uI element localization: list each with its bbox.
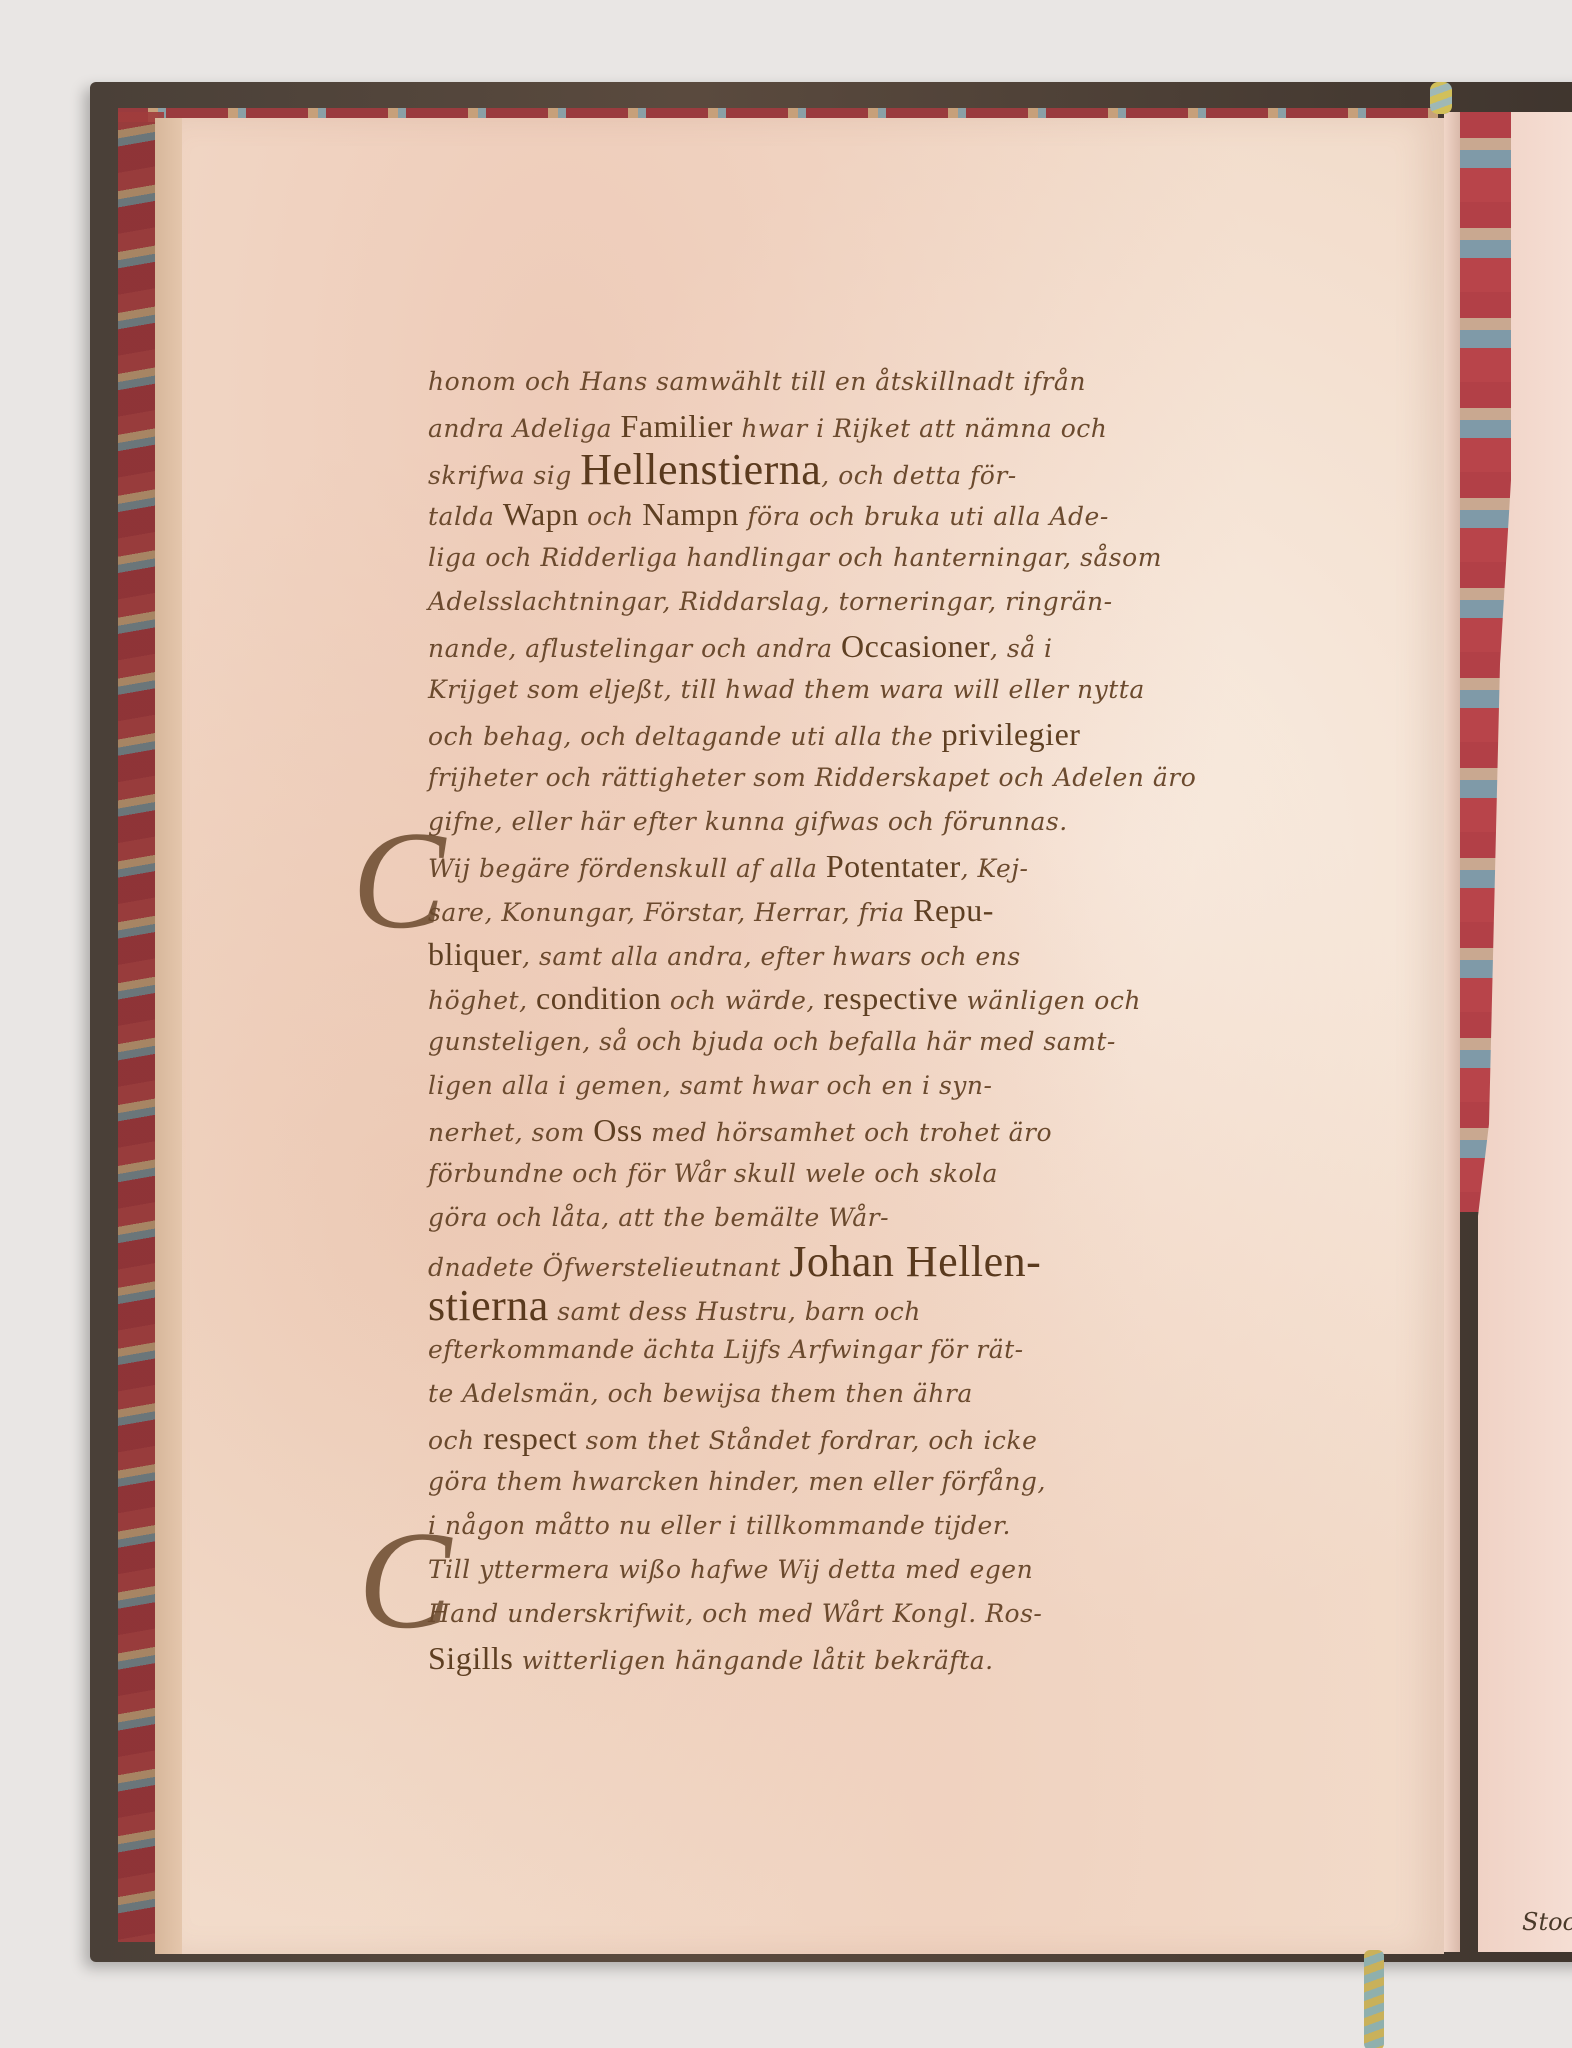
line-text: Krijget som eljeßt, till hwad them wara …: [428, 675, 1145, 704]
highlighted-word: Nampn: [642, 496, 739, 532]
manuscript-line: talda Wapn och Nampn föra och bruka uti …: [428, 492, 1328, 536]
line-text: gifne, eller här efter kunna gifwas och …: [428, 807, 1068, 836]
highlighted-word: respective: [823, 980, 958, 1016]
line-text: med hörsamhet och trohet äro: [643, 1118, 1052, 1147]
line-text: talda: [428, 502, 503, 531]
manuscript-line: gunsteligen, så och bjuda och befalla hä…: [428, 1020, 1328, 1064]
manuscript-line: ligen alla i gemen, samt hwar och en i s…: [428, 1064, 1328, 1108]
ribbon-tassel-bottom: [1364, 1950, 1384, 2048]
manuscript-line: frijheter och rättigheter som Ridderskap…: [428, 756, 1328, 800]
manuscript-line: och behag, och deltagande uti alla the p…: [428, 712, 1328, 756]
line-text: i någon måtto nu eller i tillkommande ti…: [428, 1511, 1011, 1540]
manuscript-line: andra Adeliga Familier hwar i Rijket att…: [428, 404, 1328, 448]
manuscript-line: Hand underskrifwit, och med Wårt Kongl. …: [428, 1592, 1328, 1636]
line-text: sare, Konungar, Förstar, Herrar, fria: [428, 898, 913, 927]
facing-page-inscription: Stockholm: [1522, 1908, 1572, 1936]
highlighted-word: Oss: [593, 1112, 643, 1148]
manuscript-line: stierna samt dess Hustru, barn och: [428, 1284, 1328, 1328]
line-text: nande, aflustelingar och andra: [428, 634, 841, 663]
manuscript-line: skrifwa sig Hellenstierna, och detta för…: [428, 448, 1328, 492]
manuscript-line: gifne, eller här efter kunna gifwas och …: [428, 800, 1328, 844]
highlighted-word: Hellenstierna: [580, 445, 821, 494]
line-text: som thet Ståndet fordrar, och icke: [577, 1426, 1037, 1455]
line-text: Adelsslachtningar, Riddarslag, tornering…: [428, 587, 1113, 616]
line-text: skrifwa sig: [428, 461, 580, 490]
highlighted-word: privilegier: [942, 716, 1081, 752]
line-text: witterligen hängande låtit bekräfta.: [513, 1646, 993, 1675]
highlighted-word: condition: [536, 980, 661, 1016]
manuscript-line: och respect som thet Ståndet fordrar, oc…: [428, 1416, 1328, 1460]
line-text: och wärde,: [661, 986, 823, 1015]
manuscript-line: nerhet, som Oss med hörsamhet och trohet…: [428, 1108, 1328, 1152]
manuscript-line: nande, aflustelingar och andra Occasione…: [428, 624, 1328, 668]
manuscript-line: sare, Konungar, Förstar, Herrar, fria Re…: [428, 888, 1328, 932]
manuscript-line: honom och Hans samwählt till en åtskilln…: [428, 360, 1328, 404]
highlighted-word: Potentater: [826, 848, 961, 884]
line-text: göra them hwarcken hinder, men eller för…: [428, 1467, 1046, 1496]
manuscript-line: bliquer, samt alla andra, efter hwars oc…: [428, 932, 1328, 976]
line-text: , och detta för-: [821, 461, 1016, 490]
line-text: och: [579, 502, 643, 531]
line-text: Till yttermera wißo hafwe Wij detta med …: [428, 1555, 1033, 1584]
line-text: , samt alla andra, efter hwars och ens: [522, 942, 1021, 971]
manuscript-line: efterkommande ächta Lijfs Arfwingar för …: [428, 1328, 1328, 1372]
line-text: Wij begäre fördenskull af alla: [428, 854, 826, 883]
manuscript-line: Sigills witterligen hängande låtit bekrä…: [428, 1636, 1328, 1680]
line-text: hwar i Rijket att nämna och: [733, 414, 1107, 443]
line-text: efterkommande ächta Lijfs Arfwingar för …: [428, 1335, 1024, 1364]
manuscript-line: i någon måtto nu eller i tillkommande ti…: [428, 1504, 1328, 1548]
line-text: liga och Ridderliga handlingar och hante…: [428, 543, 1162, 572]
line-text: dnadete Öfwerstelieutnant: [428, 1253, 789, 1282]
line-text: wänligen och: [958, 986, 1141, 1015]
manuscript-line: höghet, condition och wärde, respective …: [428, 976, 1328, 1020]
manuscript-line: te Adelsmän, och bewijsa them then ähra: [428, 1372, 1328, 1416]
line-text: föra och bruka uti alla Ade-: [739, 502, 1109, 531]
manuscript-text-block: honom och Hans samwählt till en åtskilln…: [428, 360, 1328, 1680]
highlighted-word: Repu-: [913, 892, 994, 928]
line-text: och: [428, 1426, 483, 1455]
line-text: te Adelsmän, och bewijsa them then ähra: [428, 1379, 973, 1408]
line-text: , så i: [990, 634, 1053, 663]
manuscript-line: Till yttermera wißo hafwe Wij detta med …: [428, 1548, 1328, 1592]
line-text: honom och Hans samwählt till en åtskilln…: [428, 367, 1086, 396]
highlighted-word: Johan Hellen-: [789, 1237, 1041, 1286]
manuscript-line: liga och Ridderliga handlingar och hante…: [428, 536, 1328, 580]
line-text: , Kej-: [961, 854, 1029, 883]
highlighted-word: bliquer: [428, 936, 522, 972]
manuscript-line: göra och låta, att the bemälte Wår-: [428, 1196, 1328, 1240]
manuscript-line: göra them hwarcken hinder, men eller för…: [428, 1460, 1328, 1504]
highlighted-word: Wapn: [503, 496, 579, 532]
manuscript-line: Wij begäre fördenskull af alla Potentate…: [428, 844, 1328, 888]
line-text: göra och låta, att the bemälte Wår-: [428, 1203, 889, 1232]
line-text: höghet,: [428, 986, 536, 1015]
book-gutter: [1444, 112, 1460, 1952]
manuscript-line: förbundne och för Wår skull wele och sko…: [428, 1152, 1328, 1196]
line-text: andra Adeliga: [428, 414, 621, 443]
line-text: Hand underskrifwit, och med Wårt Kongl. …: [428, 1599, 1042, 1628]
line-text: förbundne och för Wår skull wele och sko…: [428, 1159, 998, 1188]
highlighted-word: respect: [483, 1420, 577, 1456]
highlighted-word: Familier: [621, 408, 733, 444]
highlighted-word: Occasioner: [841, 628, 990, 664]
line-text: samt dess Hustru, barn och: [549, 1297, 921, 1326]
line-text: frijheter och rättigheter som Ridderskap…: [428, 763, 1196, 792]
line-text: nerhet, som: [428, 1118, 593, 1147]
line-text: ligen alla i gemen, samt hwar och en i s…: [428, 1071, 992, 1100]
manuscript-line: dnadete Öfwerstelieutnant Johan Hellen-: [428, 1240, 1328, 1284]
ribbon-tassel-top: [1430, 82, 1452, 114]
line-text: gunsteligen, så och bjuda och befalla hä…: [428, 1027, 1116, 1056]
highlighted-word: stierna: [428, 1281, 549, 1330]
line-text: och behag, och deltagande uti alla the: [428, 722, 942, 751]
manuscript-line: Adelsslachtningar, Riddarslag, tornering…: [428, 580, 1328, 624]
highlighted-word: Sigills: [428, 1640, 513, 1676]
manuscript-line: Krijget som eljeßt, till hwad them wara …: [428, 668, 1328, 712]
